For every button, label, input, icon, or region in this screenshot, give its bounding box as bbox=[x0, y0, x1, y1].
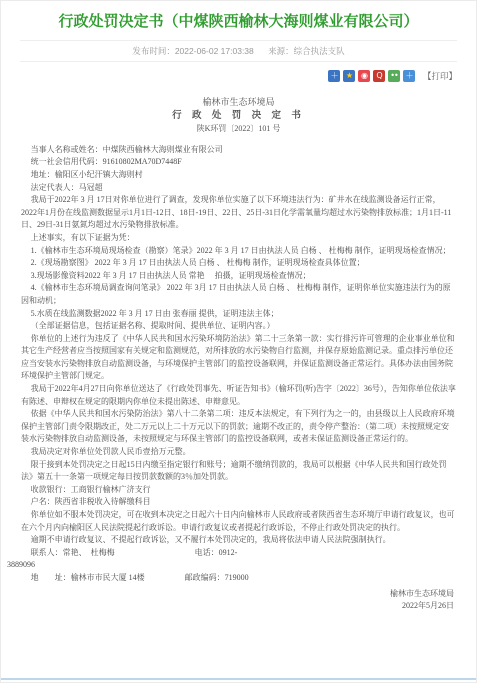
document-paragraph: 你单位的上述行为违反了《中华人民共和国水污染环境防治法》第二十三条第一款：实行排… bbox=[21, 333, 456, 383]
document-paragraph: 法定代表人：马冠超 bbox=[21, 182, 456, 195]
document-number: 陕K环罚〔2022〕101 号 bbox=[21, 123, 456, 136]
share-plus-icon[interactable]: ＋ bbox=[328, 70, 340, 82]
share-toolbar: ＋★◉Q••＋ 【打印】 bbox=[20, 69, 457, 83]
document-paragraph: 户名：陕西省非税收入待解缴科目 bbox=[21, 496, 456, 509]
document-paragraph: 当事人名称或姓名：中煤陕西榆林大海则煤业有限公司 bbox=[21, 144, 456, 157]
document-paragraph: 地址：榆阳区小纪汗镇大海则村 bbox=[21, 169, 456, 182]
document-paragraph: 我局于2022年4月27日向你单位送达了《行政处罚事先、听证告知书》（榆环罚(听… bbox=[21, 383, 456, 408]
signature-agency: 榆林市生态环境局 bbox=[21, 588, 454, 601]
print-button[interactable]: 【打印】 bbox=[423, 70, 457, 82]
qzone-icon[interactable]: ★ bbox=[343, 70, 355, 82]
signature-date: 2022年5月26日 bbox=[21, 600, 454, 613]
document-body: 当事人名称或姓名：中煤陕西榆林大海则煤业有限公司统一社会信用代码：9161080… bbox=[21, 144, 456, 585]
document-paragraph: 地 址：榆林市市民大厦 14楼 邮政编码：719000 bbox=[21, 572, 456, 585]
article-source: 来源：综合执法支队 bbox=[268, 46, 345, 56]
document-paragraph: 3.现场影像资料2022 年 3 月 17 日由执法人员 常艳 拍摄，证明现场检… bbox=[21, 270, 456, 283]
publish-time: 发布时间：2022-06-02 17:03:38 bbox=[132, 46, 253, 56]
document-paragraph: 你单位如不服本处罚决定，可在收到本决定之日起六十日内向榆林市人民政府或者陕西省生… bbox=[21, 509, 456, 534]
document-paragraph: 1.《榆林市生态环境局现场检查（勘察）笔录》2022 年 3 月 17 日由执法… bbox=[21, 245, 456, 258]
document-paragraph: 4.《榆林市生态环境局调查询问笔录》 2022 年 3月 17 日由执法人员 白… bbox=[21, 282, 456, 307]
footer-divider bbox=[1, 678, 476, 680]
document-paragraph: 限于接到本处罚决定之日起15日内缴至指定银行和账号；逾期不缴纳罚款的，我局可以根… bbox=[21, 459, 456, 484]
document-paragraph: 上述事实，有以下证据为凭： bbox=[21, 232, 456, 245]
document-paragraph: 我局于2022年 3 月 17日对你单位进行了调查，发现你单位实施了以下环境违法… bbox=[21, 194, 456, 232]
penalty-document: 榆林市生态环境局 行 政 处 罚 决 定 书 陕K环罚〔2022〕101 号 当… bbox=[1, 96, 476, 613]
article-meta: 发布时间：2022-06-02 17:03:38 来源：综合执法支队 bbox=[20, 40, 457, 62]
document-paragraph: 我局决定对你单位处罚款人民币壹拾万元整。 bbox=[21, 446, 456, 459]
page-title: 行政处罚决定书（中煤陕西榆林大海则煤业有限公司） bbox=[1, 12, 476, 31]
document-paragraph: 收款银行：工商银行榆林广济支行 bbox=[21, 484, 456, 497]
share-icons-group: ＋★◉Q••＋ bbox=[328, 70, 415, 82]
document-paragraph: 2.《现场勘察图》 2022 年 3 月 17 日由执法人员 白杨 、 杜梅梅 … bbox=[21, 257, 456, 270]
document-paragraph: （全部证据信息，包括证据名称、提取时间、提供单位、证明内容。） bbox=[21, 320, 456, 333]
qq-icon[interactable]: Q bbox=[373, 70, 385, 82]
weibo-icon[interactable]: ◉ bbox=[358, 70, 370, 82]
document-paragraph: 依据《中华人民共和国水污染防治法》第八十二条第二项：违反本法规定，有下列行为之一… bbox=[21, 408, 456, 446]
document-paragraph: 5.水质在线监测数据2022 年 3 月 17 日由 张春丽 提供，证明违法主体… bbox=[21, 308, 456, 321]
document-paragraph: 联系人：常艳、 杜梅梅 电话：0912- bbox=[21, 547, 456, 560]
document-paragraph: 逾期不申请行政复议、不提起行政诉讼，又不履行本处罚决定的，我局将依法申请人民法院… bbox=[21, 534, 456, 547]
document-paragraph: 统一社会信用代码：91610802MA70D7448F bbox=[21, 156, 456, 169]
wechat-icon[interactable]: •• bbox=[388, 70, 400, 82]
signature-block: 榆林市生态环境局 2022年5月26日 bbox=[21, 588, 456, 613]
document-agency: 榆林市生态环境局 bbox=[21, 96, 456, 109]
document-title: 行 政 处 罚 决 定 书 bbox=[21, 110, 456, 123]
document-paragraph: 3889096 bbox=[7, 559, 456, 572]
article-page: 行政处罚决定书（中煤陕西榆林大海则煤业有限公司） 发布时间：2022-06-02… bbox=[0, 0, 477, 683]
more-share-icon[interactable]: ＋ bbox=[403, 70, 415, 82]
